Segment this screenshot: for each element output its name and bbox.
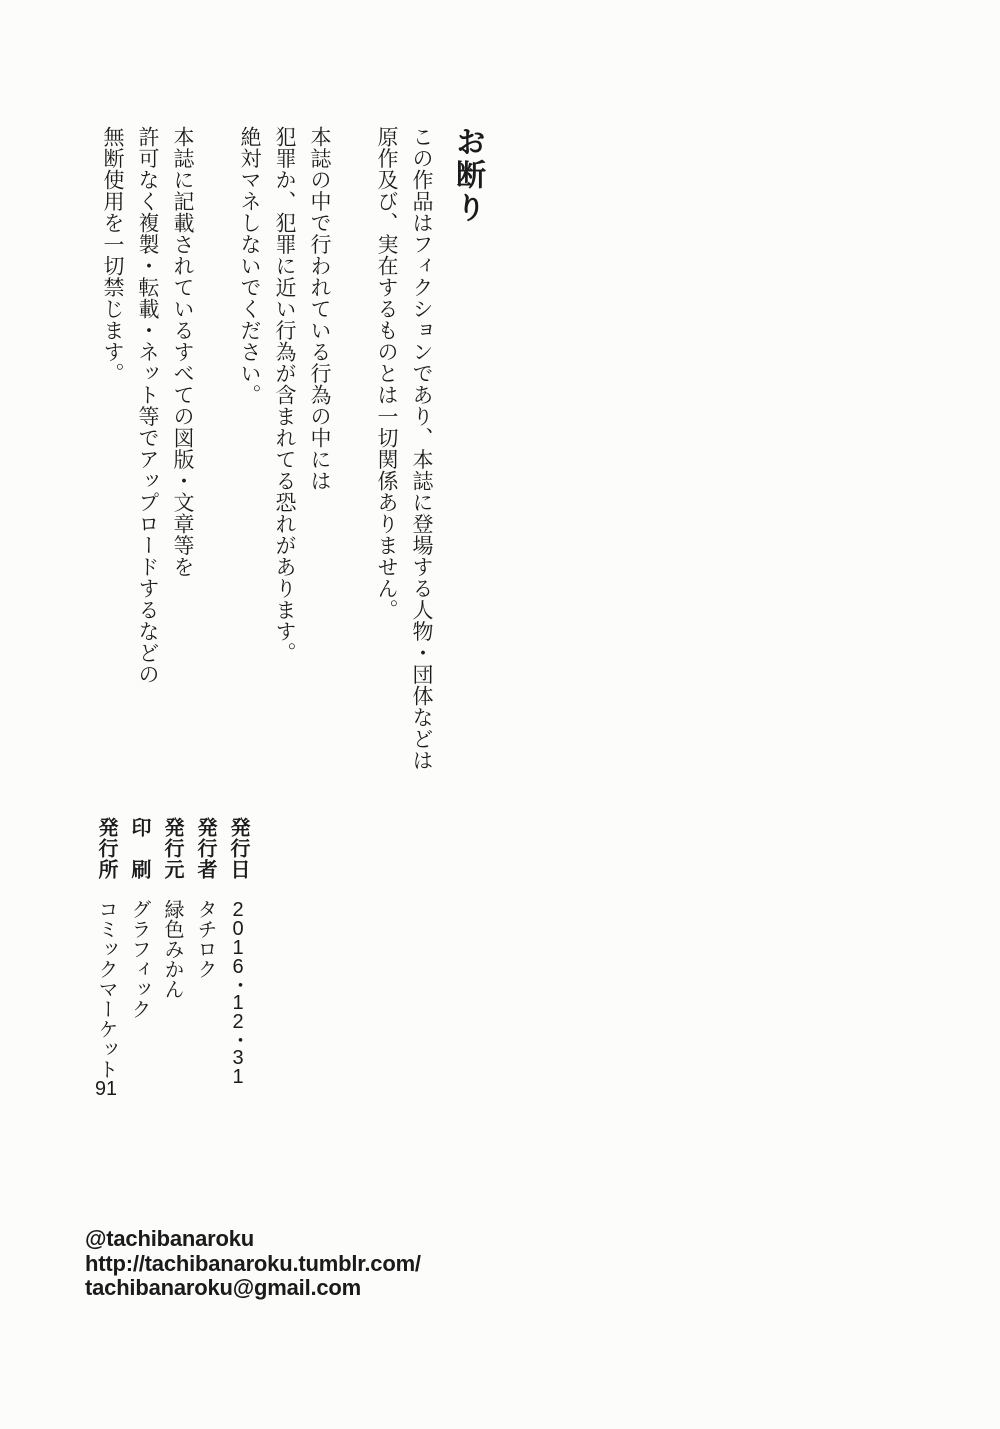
scanned-page: お断り この作品はフィクションであり、本誌に登場する人物・団体などは 原作及び、… bbox=[0, 0, 1000, 1429]
colophon-value: グラフィック bbox=[128, 899, 150, 1019]
colophon-value-text: コミックマーケット bbox=[95, 899, 117, 1079]
colophon-section: 発行日 2016・12・31 発行者 タチロク 発行元 緑色みかん 印 刷 グラ… bbox=[88, 817, 254, 1117]
colophon-label: 発行元 bbox=[161, 817, 183, 880]
disclaimer-line: 絶対マネしないでください。 bbox=[232, 126, 267, 821]
disclaimer-line: 本誌の中で行われている行為の中には bbox=[302, 126, 337, 821]
disclaimer-paragraph-1: この作品はフィクションであり、本誌に登場する人物・団体などは 原作及び、実在する… bbox=[369, 126, 439, 821]
contact-section: @tachibanaroku http://tachibanaroku.tumb… bbox=[85, 1227, 421, 1301]
contact-handle: @tachibanaroku bbox=[85, 1227, 421, 1252]
colophon-value: 2016・12・31 bbox=[227, 899, 249, 1085]
contact-email: tachibanaroku@gmail.com bbox=[85, 1276, 421, 1301]
colophon-value: 緑色みかん bbox=[161, 899, 183, 999]
disclaimer-line: 無断使用を一切禁じます。 bbox=[95, 126, 130, 821]
colophon-entry-date: 発行日 2016・12・31 bbox=[221, 817, 254, 1117]
colophon-value: コミックマーケット91 bbox=[95, 899, 117, 1099]
colophon-value-number: 91 bbox=[95, 1079, 117, 1099]
colophon-entry-circle: 発行元 緑色みかん bbox=[155, 817, 188, 1117]
colophon-label: 発行日 bbox=[227, 817, 249, 880]
colophon-entry-printer: 印 刷 グラフィック bbox=[122, 817, 155, 1117]
disclaimer-line: 犯罪か、犯罪に近い行為が含まれてる恐れがあります。 bbox=[267, 126, 302, 821]
colophon-value: タチロク bbox=[194, 899, 216, 979]
colophon-label: 印 刷 bbox=[128, 817, 150, 880]
disclaimer-title: お断り bbox=[449, 126, 485, 821]
disclaimer-paragraph-2: 本誌の中で行われている行為の中には 犯罪か、犯罪に近い行為が含まれてる恐れがあり… bbox=[232, 126, 337, 821]
contact-url: http://tachibanaroku.tumblr.com/ bbox=[85, 1252, 421, 1277]
disclaimer-line: 本誌に記載されているすべての図版・文章等を bbox=[165, 126, 200, 821]
disclaimer-line: この作品はフィクションであり、本誌に登場する人物・団体などは bbox=[404, 126, 439, 821]
disclaimer-line: 許可なく複製・転載・ネット等でアップロードするなどの bbox=[130, 126, 165, 821]
colophon-label: 発行者 bbox=[194, 817, 216, 880]
disclaimer-section: お断り この作品はフィクションであり、本誌に登場する人物・団体などは 原作及び、… bbox=[85, 126, 485, 821]
colophon-entry-event: 発行所 コミックマーケット91 bbox=[89, 817, 122, 1117]
colophon-entry-publisher: 発行者 タチロク bbox=[188, 817, 221, 1117]
disclaimer-line: 原作及び、実在するものとは一切関係ありません。 bbox=[369, 126, 404, 821]
colophon-label: 発行所 bbox=[95, 817, 117, 880]
disclaimer-paragraph-3: 本誌に記載されているすべての図版・文章等を 許可なく複製・転載・ネット等でアップ… bbox=[95, 126, 200, 821]
